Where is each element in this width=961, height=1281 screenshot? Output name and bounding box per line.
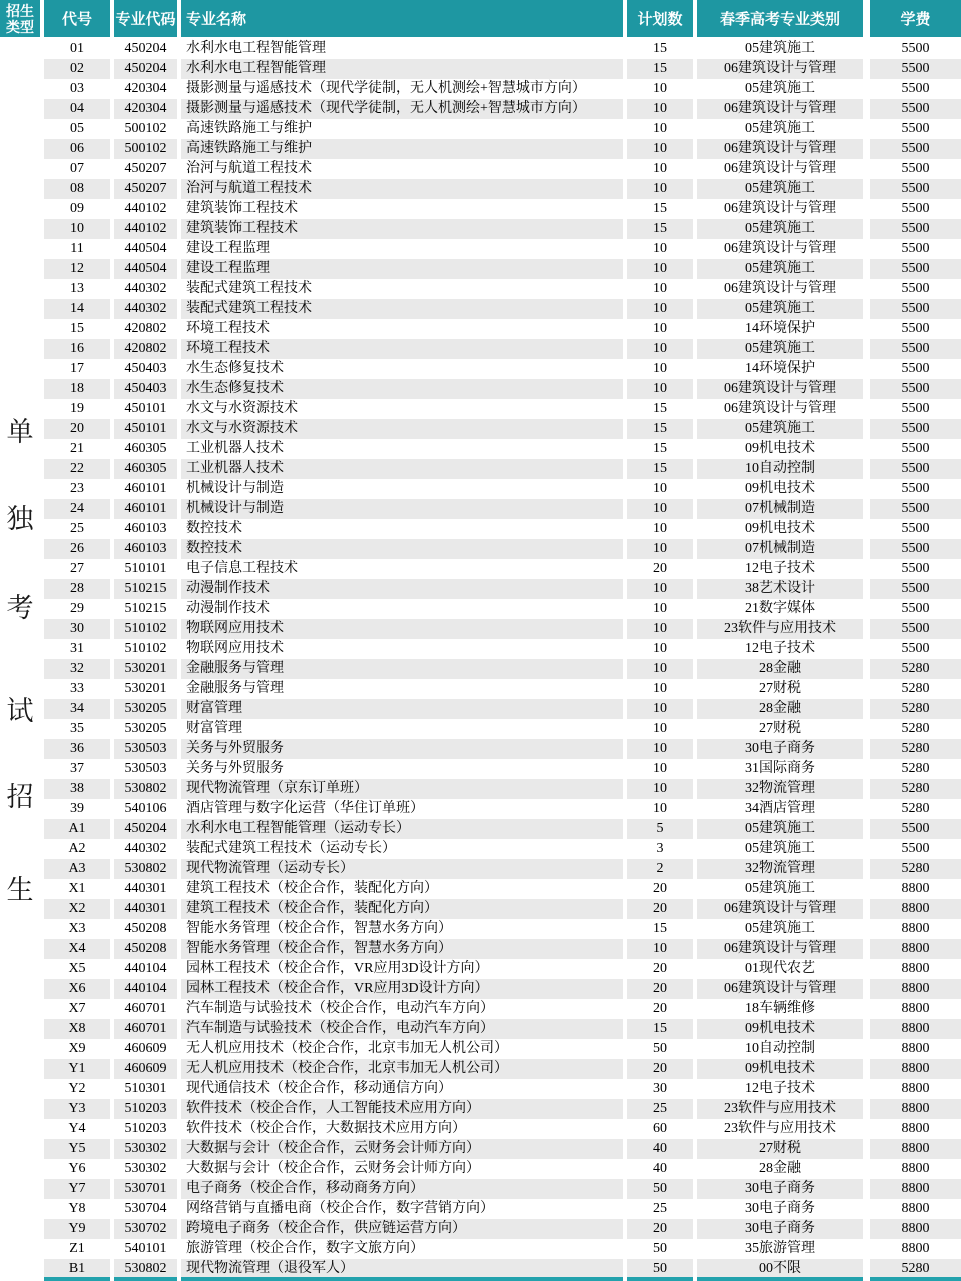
cell-tuition: 5500 bbox=[870, 539, 961, 559]
cell-major-code: 450208 bbox=[114, 939, 177, 959]
cell-tuition: 8800 bbox=[870, 1159, 961, 1179]
cell-tuition: 5280 bbox=[870, 779, 961, 799]
table-row: B1530802现代物流管理（退役军人）5000不限5280 bbox=[0, 1259, 961, 1279]
cell-plan-count: 10 bbox=[627, 639, 693, 659]
cell-code: 30 bbox=[44, 619, 110, 639]
cell-major-name: 旅游管理（校企合作，数字文旅方向） bbox=[181, 1239, 623, 1259]
table-row: 12440504建设工程监理1005建筑施工5500 bbox=[0, 259, 961, 279]
table-row: 24460101机械设计与制造1007机械制造5500 bbox=[0, 499, 961, 519]
cell-tuition: 8800 bbox=[870, 1179, 961, 1199]
table-row: Y3510203软件技术（校企合作，人工智能技术应用方向）2523软件与应用技术… bbox=[0, 1099, 961, 1119]
cell-major-name: 酒店管理与数字化运营（华住订单班） bbox=[181, 799, 623, 819]
cell-major-name: 软件技术（校企合作，人工智能技术应用方向） bbox=[181, 1099, 623, 1119]
cell-plan-count: 10 bbox=[627, 259, 693, 279]
cell-major-name: 建设工程监理 bbox=[181, 259, 623, 279]
cell-spring-exam-category: 12电子技术 bbox=[697, 559, 863, 579]
cell-spring-exam-category: 30电子商务 bbox=[697, 1219, 863, 1239]
column-header-major-code: 专业代码 bbox=[114, 0, 177, 37]
table-row: 22460305工业机器人技术1510自动控制5500 bbox=[0, 459, 961, 479]
cell-major-name: 现代物流管理（退役军人） bbox=[181, 1259, 623, 1279]
cell-major-code: 530302 bbox=[114, 1139, 177, 1159]
cell-plan-count: 15 bbox=[627, 419, 693, 439]
cell-tuition: 8800 bbox=[870, 1119, 961, 1139]
cell-code: 38 bbox=[44, 779, 110, 799]
cell-tuition: 5500 bbox=[870, 299, 961, 319]
cell-code: Y2 bbox=[44, 1079, 110, 1099]
column-header-enrollment-type: 招生类型 bbox=[0, 0, 40, 37]
cell-spring-exam-category: 05建筑施工 bbox=[697, 299, 863, 319]
cell-tuition: 5280 bbox=[870, 799, 961, 819]
cell-tuition: 5280 bbox=[870, 679, 961, 699]
cell-code: 08 bbox=[44, 179, 110, 199]
cell-spring-exam-category: 05建筑施工 bbox=[697, 819, 863, 839]
cell-major-code: 440301 bbox=[114, 879, 177, 899]
cell-plan-count: 40 bbox=[627, 1139, 693, 1159]
cell-major-code: 510203 bbox=[114, 1099, 177, 1119]
table-row: 38530802现代物流管理（京东订单班）1032物流管理5280 bbox=[0, 779, 961, 799]
cell-code: 01 bbox=[44, 39, 110, 59]
border-segment bbox=[181, 1277, 623, 1281]
cell-tuition: 5500 bbox=[870, 139, 961, 159]
cell-plan-count: 10 bbox=[627, 579, 693, 599]
cell-tuition: 5280 bbox=[870, 1259, 961, 1279]
table-row: X8460701汽车制造与试验技术（校企合作，电动汽车方向）1509机电技术88… bbox=[0, 1019, 961, 1039]
cell-major-name: 网络营销与直播电商（校企合作，数字营销方向） bbox=[181, 1199, 623, 1219]
cell-spring-exam-category: 06建筑设计与管理 bbox=[697, 979, 863, 999]
cell-tuition: 8800 bbox=[870, 999, 961, 1019]
cell-code: X8 bbox=[44, 1019, 110, 1039]
table-row: Y1460609无人机应用技术（校企合作，北京韦加无人机公司）2009机电技术8… bbox=[0, 1059, 961, 1079]
cell-code: X3 bbox=[44, 919, 110, 939]
cell-spring-exam-category: 06建筑设计与管理 bbox=[697, 99, 863, 119]
cell-major-code: 440504 bbox=[114, 239, 177, 259]
cell-spring-exam-category: 10自动控制 bbox=[697, 1039, 863, 1059]
table-row: 39540106酒店管理与数字化运营（华住订单班）1034酒店管理5280 bbox=[0, 799, 961, 819]
cell-major-code: 440301 bbox=[114, 899, 177, 919]
table-row: 09440102建筑装饰工程技术1506建筑设计与管理5500 bbox=[0, 199, 961, 219]
cell-code: 29 bbox=[44, 599, 110, 619]
table-row: X9460609无人机应用技术（校企合作，北京韦加无人机公司）5010自动控制8… bbox=[0, 1039, 961, 1059]
cell-major-name: 汽车制造与试验技术（校企合作，电动汽车方向） bbox=[181, 999, 623, 1019]
cell-tuition: 5500 bbox=[870, 639, 961, 659]
cell-major-code: 530701 bbox=[114, 1179, 177, 1199]
border-segment bbox=[697, 1277, 863, 1281]
cell-spring-exam-category: 14环境保护 bbox=[697, 319, 863, 339]
table-row: 17450403水生态修复技术1014环境保护5500 bbox=[0, 359, 961, 379]
cell-code: 21 bbox=[44, 439, 110, 459]
cell-code: 20 bbox=[44, 419, 110, 439]
cell-plan-count: 10 bbox=[627, 179, 693, 199]
cell-code: X9 bbox=[44, 1039, 110, 1059]
cell-code: 35 bbox=[44, 719, 110, 739]
cell-major-name: 水文与水资源技术 bbox=[181, 419, 623, 439]
cell-major-code: 450207 bbox=[114, 159, 177, 179]
cell-major-name: 大数据与会计（校企合作，云财务会计师方向） bbox=[181, 1159, 623, 1179]
cell-code: 26 bbox=[44, 539, 110, 559]
cell-major-code: 460101 bbox=[114, 479, 177, 499]
cell-tuition: 5500 bbox=[870, 839, 961, 859]
cell-tuition: 8800 bbox=[870, 1059, 961, 1079]
cell-major-name: 环境工程技术 bbox=[181, 339, 623, 359]
table-row: 10440102建筑装饰工程技术1505建筑施工5500 bbox=[0, 219, 961, 239]
cell-spring-exam-category: 32物流管理 bbox=[697, 779, 863, 799]
cell-plan-count: 50 bbox=[627, 1239, 693, 1259]
cell-tuition: 5500 bbox=[870, 619, 961, 639]
cell-code: X6 bbox=[44, 979, 110, 999]
cell-tuition: 5500 bbox=[870, 79, 961, 99]
table-body: 01450204水利水电工程智能管理1505建筑施工550002450204水利… bbox=[0, 39, 961, 1279]
table-row: 05500102高速铁路施工与维护1005建筑施工5500 bbox=[0, 119, 961, 139]
cell-major-name: 园林工程技术（校企合作，VR应用3D设计方向） bbox=[181, 979, 623, 999]
table-row: 16420802环境工程技术1005建筑施工5500 bbox=[0, 339, 961, 359]
cell-spring-exam-category: 31国际商务 bbox=[697, 759, 863, 779]
cell-plan-count: 10 bbox=[627, 339, 693, 359]
cell-tuition: 5500 bbox=[870, 359, 961, 379]
cell-major-code: 450403 bbox=[114, 359, 177, 379]
border-segment bbox=[44, 1277, 110, 1281]
cell-major-code: 510102 bbox=[114, 619, 177, 639]
table-row: 20450101水文与水资源技术1505建筑施工5500 bbox=[0, 419, 961, 439]
border-segment bbox=[627, 1277, 693, 1281]
cell-plan-count: 10 bbox=[627, 379, 693, 399]
cell-major-name: 关务与外贸服务 bbox=[181, 739, 623, 759]
cell-major-name: 动漫制作技术 bbox=[181, 599, 623, 619]
table-row: 08450207治河与航道工程技术1005建筑施工5500 bbox=[0, 179, 961, 199]
cell-spring-exam-category: 09机电技术 bbox=[697, 439, 863, 459]
cell-major-name: 高速铁路施工与维护 bbox=[181, 119, 623, 139]
table-row: 13440302装配式建筑工程技术1006建筑设计与管理5500 bbox=[0, 279, 961, 299]
cell-major-code: 460701 bbox=[114, 1019, 177, 1039]
cell-major-code: 530201 bbox=[114, 659, 177, 679]
cell-spring-exam-category: 09机电技术 bbox=[697, 479, 863, 499]
cell-major-name: 物联网应用技术 bbox=[181, 619, 623, 639]
cell-major-name: 园林工程技术（校企合作，VR应用3D设计方向） bbox=[181, 959, 623, 979]
cell-major-code: 460305 bbox=[114, 459, 177, 479]
cell-plan-count: 20 bbox=[627, 959, 693, 979]
cell-major-code: 450208 bbox=[114, 919, 177, 939]
cell-tuition: 5500 bbox=[870, 159, 961, 179]
cell-major-name: 财富管理 bbox=[181, 719, 623, 739]
cell-major-name: 动漫制作技术 bbox=[181, 579, 623, 599]
cell-major-name: 金融服务与管理 bbox=[181, 659, 623, 679]
cell-major-name: 水利水电工程智能管理 bbox=[181, 39, 623, 59]
table-row: 32530201金融服务与管理1028金融5280 bbox=[0, 659, 961, 679]
cell-major-code: 440302 bbox=[114, 279, 177, 299]
cell-code: 03 bbox=[44, 79, 110, 99]
cell-plan-count: 10 bbox=[627, 599, 693, 619]
cell-major-name: 无人机应用技术（校企合作，北京韦加无人机公司） bbox=[181, 1039, 623, 1059]
cell-major-code: 440302 bbox=[114, 299, 177, 319]
cell-code: Y5 bbox=[44, 1139, 110, 1159]
cell-major-code: 540106 bbox=[114, 799, 177, 819]
cell-tuition: 5280 bbox=[870, 739, 961, 759]
cell-tuition: 5280 bbox=[870, 659, 961, 679]
cell-tuition: 5500 bbox=[870, 479, 961, 499]
table-bottom-border bbox=[0, 1277, 961, 1281]
cell-tuition: 5500 bbox=[870, 519, 961, 539]
table-row: 29510215动漫制作技术1021数字媒体5500 bbox=[0, 599, 961, 619]
cell-spring-exam-category: 27财税 bbox=[697, 719, 863, 739]
cell-plan-count: 10 bbox=[627, 299, 693, 319]
cell-tuition: 5500 bbox=[870, 579, 961, 599]
cell-major-name: 摄影测量与遥感技术（现代学徒制，无人机测绘+智慧城市方向） bbox=[181, 79, 623, 99]
cell-major-name: 建筑工程技术（校企合作，装配化方向） bbox=[181, 899, 623, 919]
column-header-tuition: 学费 bbox=[870, 0, 961, 37]
cell-major-name: 建筑工程技术（校企合作，装配化方向） bbox=[181, 879, 623, 899]
cell-tuition: 8800 bbox=[870, 1139, 961, 1159]
cell-plan-count: 50 bbox=[627, 1179, 693, 1199]
cell-tuition: 5500 bbox=[870, 239, 961, 259]
cell-spring-exam-category: 06建筑设计与管理 bbox=[697, 279, 863, 299]
cell-major-name: 汽车制造与试验技术（校企合作，电动汽车方向） bbox=[181, 1019, 623, 1039]
cell-plan-count: 20 bbox=[627, 979, 693, 999]
cell-major-code: 420802 bbox=[114, 339, 177, 359]
table-row: Y9530702跨境电子商务（校企合作，供应链运营方向）2030电子商务8800 bbox=[0, 1219, 961, 1239]
table-row: 15420802环境工程技术1014环境保护5500 bbox=[0, 319, 961, 339]
cell-plan-count: 10 bbox=[627, 319, 693, 339]
cell-plan-count: 15 bbox=[627, 219, 693, 239]
cell-major-code: 440104 bbox=[114, 959, 177, 979]
cell-major-name: 电子商务（校企合作，移动商务方向） bbox=[181, 1179, 623, 1199]
cell-spring-exam-category: 30电子商务 bbox=[697, 1179, 863, 1199]
table-row: 34530205财富管理1028金融5280 bbox=[0, 699, 961, 719]
cell-code: Y1 bbox=[44, 1059, 110, 1079]
cell-tuition: 5500 bbox=[870, 199, 961, 219]
table-row: 26460103数控技术1007机械制造5500 bbox=[0, 539, 961, 559]
cell-major-code: 440102 bbox=[114, 199, 177, 219]
cell-major-code: 510101 bbox=[114, 559, 177, 579]
cell-plan-count: 15 bbox=[627, 399, 693, 419]
cell-major-name: 治河与航道工程技术 bbox=[181, 159, 623, 179]
table-row: 30510102物联网应用技术1023软件与应用技术5500 bbox=[0, 619, 961, 639]
border-segment bbox=[870, 1277, 961, 1281]
table-row: X4450208智能水务管理（校企合作，智慧水务方向）1006建筑设计与管理88… bbox=[0, 939, 961, 959]
cell-major-name: 建筑装饰工程技术 bbox=[181, 199, 623, 219]
cell-major-name: 财富管理 bbox=[181, 699, 623, 719]
cell-code: 28 bbox=[44, 579, 110, 599]
cell-tuition: 8800 bbox=[870, 1239, 961, 1259]
table-header-row: 招生类型代号专业代码专业名称计划数春季高考专业类别学费 bbox=[0, 0, 961, 37]
enrollment-type-char: 考 bbox=[0, 594, 40, 622]
cell-tuition: 5500 bbox=[870, 599, 961, 619]
cell-spring-exam-category: 05建筑施工 bbox=[697, 839, 863, 859]
cell-major-code: 460103 bbox=[114, 539, 177, 559]
cell-major-name: 物联网应用技术 bbox=[181, 639, 623, 659]
cell-code: A1 bbox=[44, 819, 110, 839]
cell-plan-count: 20 bbox=[627, 1219, 693, 1239]
cell-major-code: 460305 bbox=[114, 439, 177, 459]
cell-spring-exam-category: 35旅游管理 bbox=[697, 1239, 863, 1259]
cell-major-name: 软件技术（校企合作，大数据技术应用方向） bbox=[181, 1119, 623, 1139]
cell-code: 27 bbox=[44, 559, 110, 579]
cell-plan-count: 20 bbox=[627, 899, 693, 919]
cell-plan-count: 5 bbox=[627, 819, 693, 839]
cell-major-name: 摄影测量与遥感技术（现代学徒制，无人机测绘+智慧城市方向） bbox=[181, 99, 623, 119]
cell-tuition: 5500 bbox=[870, 119, 961, 139]
cell-major-name: 数控技术 bbox=[181, 519, 623, 539]
enrollment-type-char: 单 bbox=[0, 418, 40, 446]
cell-spring-exam-category: 06建筑设计与管理 bbox=[697, 939, 863, 959]
cell-major-name: 现代物流管理（京东订单班） bbox=[181, 779, 623, 799]
cell-tuition: 8800 bbox=[870, 959, 961, 979]
cell-spring-exam-category: 05建筑施工 bbox=[697, 919, 863, 939]
cell-major-code: 500102 bbox=[114, 139, 177, 159]
cell-tuition: 8800 bbox=[870, 879, 961, 899]
table-row: 07450207治河与航道工程技术1006建筑设计与管理5500 bbox=[0, 159, 961, 179]
cell-major-name: 水利水电工程智能管理（运动专长） bbox=[181, 819, 623, 839]
cell-code: 39 bbox=[44, 799, 110, 819]
cell-spring-exam-category: 28金融 bbox=[697, 659, 863, 679]
cell-spring-exam-category: 06建筑设计与管理 bbox=[697, 379, 863, 399]
table-row: X7460701汽车制造与试验技术（校企合作，电动汽车方向）2018车辆维修88… bbox=[0, 999, 961, 1019]
cell-plan-count: 10 bbox=[627, 499, 693, 519]
cell-spring-exam-category: 05建筑施工 bbox=[697, 179, 863, 199]
cell-code: 06 bbox=[44, 139, 110, 159]
cell-code: 14 bbox=[44, 299, 110, 319]
table-row: 21460305工业机器人技术1509机电技术5500 bbox=[0, 439, 961, 459]
cell-spring-exam-category: 06建筑设计与管理 bbox=[697, 239, 863, 259]
cell-major-code: 420304 bbox=[114, 99, 177, 119]
cell-code: 24 bbox=[44, 499, 110, 519]
cell-major-code: 420304 bbox=[114, 79, 177, 99]
enrollment-type-char: 试 bbox=[0, 697, 40, 725]
cell-plan-count: 40 bbox=[627, 1159, 693, 1179]
cell-major-code: 540101 bbox=[114, 1239, 177, 1259]
cell-code: Z1 bbox=[44, 1239, 110, 1259]
cell-code: Y3 bbox=[44, 1099, 110, 1119]
cell-major-code: 450403 bbox=[114, 379, 177, 399]
cell-major-name: 大数据与会计（校企合作，云财务会计师方向） bbox=[181, 1139, 623, 1159]
cell-plan-count: 3 bbox=[627, 839, 693, 859]
table-row: 06500102高速铁路施工与维护1006建筑设计与管理5500 bbox=[0, 139, 961, 159]
table-row: X1440301建筑工程技术（校企合作，装配化方向）2005建筑施工8800 bbox=[0, 879, 961, 899]
table-row: A1450204水利水电工程智能管理（运动专长）505建筑施工5500 bbox=[0, 819, 961, 839]
cell-code: 17 bbox=[44, 359, 110, 379]
cell-spring-exam-category: 21数字媒体 bbox=[697, 599, 863, 619]
cell-spring-exam-category: 30电子商务 bbox=[697, 1199, 863, 1219]
cell-major-name: 跨境电子商务（校企合作，供应链运营方向） bbox=[181, 1219, 623, 1239]
cell-major-name: 现代通信技术（校企合作，移动通信方向） bbox=[181, 1079, 623, 1099]
cell-plan-count: 30 bbox=[627, 1079, 693, 1099]
table-row: 14440302装配式建筑工程技术1005建筑施工5500 bbox=[0, 299, 961, 319]
cell-plan-count: 10 bbox=[627, 159, 693, 179]
cell-plan-count: 10 bbox=[627, 99, 693, 119]
cell-plan-count: 2 bbox=[627, 859, 693, 879]
cell-major-name: 水利水电工程智能管理 bbox=[181, 59, 623, 79]
cell-major-code: 450204 bbox=[114, 39, 177, 59]
table-row: 35530205财富管理1027财税5280 bbox=[0, 719, 961, 739]
table-row: A2440302装配式建筑工程技术（运动专长）305建筑施工5500 bbox=[0, 839, 961, 859]
cell-tuition: 5500 bbox=[870, 459, 961, 479]
cell-code: 36 bbox=[44, 739, 110, 759]
cell-spring-exam-category: 01现代农艺 bbox=[697, 959, 863, 979]
enrollment-type-char: 生 bbox=[0, 876, 40, 904]
cell-tuition: 5500 bbox=[870, 259, 961, 279]
cell-tuition: 5500 bbox=[870, 499, 961, 519]
cell-plan-count: 50 bbox=[627, 1039, 693, 1059]
cell-plan-count: 10 bbox=[627, 779, 693, 799]
cell-code: A2 bbox=[44, 839, 110, 859]
cell-tuition: 8800 bbox=[870, 979, 961, 999]
cell-major-code: 500102 bbox=[114, 119, 177, 139]
cell-spring-exam-category: 06建筑设计与管理 bbox=[697, 139, 863, 159]
cell-tuition: 5500 bbox=[870, 399, 961, 419]
cell-plan-count: 15 bbox=[627, 199, 693, 219]
cell-major-code: 450101 bbox=[114, 419, 177, 439]
cell-tuition: 8800 bbox=[870, 939, 961, 959]
cell-major-code: 460609 bbox=[114, 1059, 177, 1079]
cell-plan-count: 20 bbox=[627, 1059, 693, 1079]
cell-code: 37 bbox=[44, 759, 110, 779]
cell-code: 13 bbox=[44, 279, 110, 299]
cell-major-code: 530503 bbox=[114, 739, 177, 759]
cell-code: 02 bbox=[44, 59, 110, 79]
cell-major-code: 440102 bbox=[114, 219, 177, 239]
cell-spring-exam-category: 09机电技术 bbox=[697, 1019, 863, 1039]
table-row: 36530503关务与外贸服务1030电子商务5280 bbox=[0, 739, 961, 759]
cell-major-code: 530205 bbox=[114, 699, 177, 719]
cell-plan-count: 10 bbox=[627, 519, 693, 539]
table-row: X2440301建筑工程技术（校企合作，装配化方向）2006建筑设计与管理880… bbox=[0, 899, 961, 919]
cell-plan-count: 10 bbox=[627, 119, 693, 139]
cell-code: X7 bbox=[44, 999, 110, 1019]
cell-plan-count: 10 bbox=[627, 359, 693, 379]
cell-tuition: 8800 bbox=[870, 899, 961, 919]
cell-code: Y6 bbox=[44, 1159, 110, 1179]
cell-tuition: 5500 bbox=[870, 339, 961, 359]
cell-code: 12 bbox=[44, 259, 110, 279]
cell-tuition: 5500 bbox=[870, 439, 961, 459]
cell-code: 32 bbox=[44, 659, 110, 679]
cell-major-name: 工业机器人技术 bbox=[181, 439, 623, 459]
cell-plan-count: 25 bbox=[627, 1099, 693, 1119]
cell-major-code: 510215 bbox=[114, 579, 177, 599]
table-row: Z1540101旅游管理（校企合作，数字文旅方向）5035旅游管理8800 bbox=[0, 1239, 961, 1259]
table-row: 18450403水生态修复技术1006建筑设计与管理5500 bbox=[0, 379, 961, 399]
cell-plan-count: 10 bbox=[627, 759, 693, 779]
cell-major-code: 460101 bbox=[114, 499, 177, 519]
table-row: 31510102物联网应用技术1012电子技术5500 bbox=[0, 639, 961, 659]
cell-code: 10 bbox=[44, 219, 110, 239]
cell-tuition: 5500 bbox=[870, 279, 961, 299]
cell-tuition: 5280 bbox=[870, 719, 961, 739]
table-row: Y8530704网络营销与直播电商（校企合作，数字营销方向）2530电子商务88… bbox=[0, 1199, 961, 1219]
cell-tuition: 5500 bbox=[870, 179, 961, 199]
table-row: 37530503关务与外贸服务1031国际商务5280 bbox=[0, 759, 961, 779]
cell-plan-count: 10 bbox=[627, 239, 693, 259]
table-row: X6440104园林工程技术（校企合作，VR应用3D设计方向）2006建筑设计与… bbox=[0, 979, 961, 999]
column-header-spring-exam-category: 春季高考专业类别 bbox=[697, 0, 863, 37]
cell-tuition: 8800 bbox=[870, 1199, 961, 1219]
table-row: 11440504建设工程监理1006建筑设计与管理5500 bbox=[0, 239, 961, 259]
cell-spring-exam-category: 06建筑设计与管理 bbox=[697, 399, 863, 419]
cell-tuition: 5500 bbox=[870, 319, 961, 339]
cell-tuition: 5500 bbox=[870, 99, 961, 119]
cell-spring-exam-category: 07机械制造 bbox=[697, 499, 863, 519]
cell-spring-exam-category: 07机械制造 bbox=[697, 539, 863, 559]
cell-major-code: 420802 bbox=[114, 319, 177, 339]
cell-spring-exam-category: 18车辆维修 bbox=[697, 999, 863, 1019]
cell-major-name: 建设工程监理 bbox=[181, 239, 623, 259]
cell-major-name: 水文与水资源技术 bbox=[181, 399, 623, 419]
cell-code: Y9 bbox=[44, 1219, 110, 1239]
cell-plan-count: 15 bbox=[627, 439, 693, 459]
cell-major-name: 工业机器人技术 bbox=[181, 459, 623, 479]
cell-major-name: 数控技术 bbox=[181, 539, 623, 559]
cell-major-code: 450101 bbox=[114, 399, 177, 419]
cell-code: 11 bbox=[44, 239, 110, 259]
cell-spring-exam-category: 06建筑设计与管理 bbox=[697, 899, 863, 919]
